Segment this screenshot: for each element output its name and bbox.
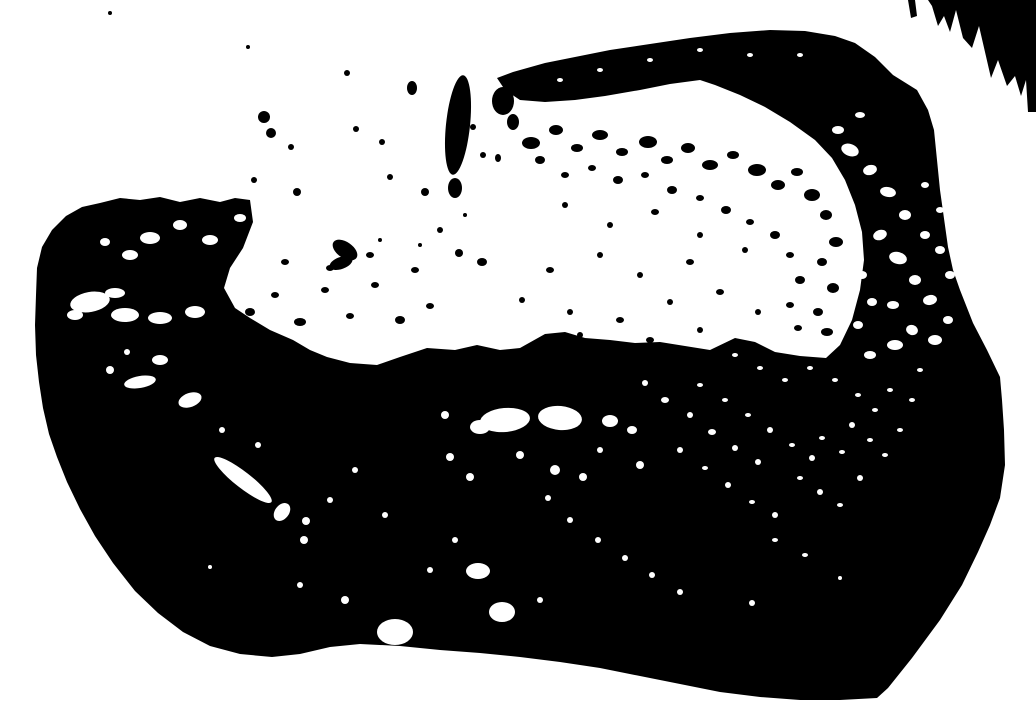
speckle: [722, 398, 728, 402]
speckle: [455, 249, 463, 257]
speckle: [592, 130, 608, 140]
speckle: [522, 137, 540, 149]
speckle: [411, 267, 419, 273]
speckle: [945, 271, 955, 279]
speckle: [813, 308, 823, 316]
speckle: [721, 206, 731, 214]
speckle: [326, 265, 334, 271]
speckle: [742, 247, 748, 253]
speckle: [819, 436, 825, 440]
speckle: [549, 125, 563, 135]
speckle: [855, 112, 865, 118]
speckle: [258, 111, 270, 123]
speckle: [867, 438, 873, 442]
speckle: [887, 388, 893, 392]
speckle: [111, 308, 139, 322]
speckle: [382, 512, 388, 518]
speckle: [616, 317, 624, 323]
speckle: [437, 227, 443, 233]
speckle: [708, 429, 716, 435]
speckle: [567, 517, 573, 523]
speckle: [341, 596, 349, 604]
speckle: [446, 453, 454, 461]
speckle: [832, 126, 844, 134]
speckle: [677, 447, 683, 453]
speckle: [732, 353, 738, 357]
speckle: [837, 503, 843, 507]
speckle: [702, 466, 708, 470]
speckle: [607, 222, 613, 228]
speckle: [173, 220, 187, 230]
speckle: [234, 214, 246, 222]
speckle: [516, 451, 524, 459]
speckle: [561, 172, 569, 178]
speckle: [597, 252, 603, 258]
rock-svg: [0, 0, 1036, 723]
speckle: [579, 473, 587, 481]
speckle: [466, 563, 490, 579]
speckle: [550, 465, 560, 475]
speckle: [686, 259, 694, 265]
speckle: [567, 309, 573, 315]
speckle: [108, 11, 112, 15]
speckle: [789, 443, 795, 447]
speckle: [489, 602, 515, 622]
speckle: [470, 124, 476, 130]
speckle: [840, 296, 850, 304]
speckle: [857, 475, 863, 481]
speckle: [639, 136, 657, 148]
speckle: [602, 415, 618, 427]
speckle: [807, 366, 813, 370]
speckle: [202, 235, 218, 245]
speckle: [755, 459, 761, 465]
speckle: [697, 48, 703, 52]
speckle: [266, 128, 276, 138]
speckle: [613, 176, 623, 184]
speckle: [251, 177, 257, 183]
speckle: [627, 426, 637, 434]
speckle: [441, 411, 449, 419]
speckle: [535, 156, 545, 164]
speckle: [817, 489, 823, 495]
speckle: [727, 151, 739, 159]
speckle: [452, 537, 458, 543]
speckle: [935, 246, 945, 254]
speckle: [646, 337, 654, 343]
speckle: [616, 148, 628, 156]
speckle: [697, 232, 703, 238]
speckle: [371, 282, 379, 288]
speckle: [637, 272, 643, 278]
speckle: [344, 70, 350, 76]
speckle: [470, 420, 490, 434]
speckle: [288, 144, 294, 150]
speckle: [771, 180, 785, 190]
speckle: [537, 597, 543, 603]
speckle: [749, 500, 755, 504]
speckle: [545, 495, 551, 501]
speckle: [463, 213, 467, 217]
speckle: [427, 567, 433, 573]
speckle: [917, 368, 923, 372]
speckle: [864, 351, 876, 359]
speckle: [732, 445, 738, 451]
speckle: [208, 565, 212, 569]
speckle: [302, 517, 310, 525]
speckle: [495, 154, 501, 162]
speckle: [562, 202, 568, 208]
speckle: [936, 207, 944, 213]
speckle: [661, 397, 669, 403]
speckle: [377, 619, 413, 645]
speckle: [772, 512, 778, 518]
speckle: [820, 210, 832, 220]
speckle: [395, 316, 405, 324]
speckle: [755, 309, 761, 315]
speckle: [872, 408, 878, 412]
speckle: [786, 302, 794, 308]
speckle: [681, 143, 695, 153]
speckle: [246, 45, 250, 49]
speckle: [100, 238, 110, 246]
speckle: [352, 467, 358, 473]
speckle: [899, 210, 911, 220]
speckle: [588, 165, 596, 171]
speckle: [745, 413, 751, 417]
speckle: [767, 427, 773, 433]
speckle: [353, 126, 359, 132]
speckle: [597, 447, 603, 453]
speckle: [245, 308, 255, 316]
speckle: [387, 174, 393, 180]
speckle: [122, 250, 138, 260]
speckle: [716, 289, 724, 295]
speckle: [770, 231, 780, 239]
speckle: [677, 589, 683, 595]
speckle: [726, 107, 734, 113]
speckle: [647, 58, 653, 62]
speckle: [124, 349, 130, 355]
speckle: [300, 536, 308, 544]
speckle: [838, 576, 842, 580]
speckle: [378, 238, 382, 242]
speckle: [786, 252, 794, 258]
speckle: [667, 186, 677, 194]
speckle: [771, 125, 779, 131]
speckle: [519, 297, 525, 303]
speckle: [346, 313, 354, 319]
speckle: [140, 232, 160, 244]
speckle: [687, 412, 693, 418]
speckle: [642, 380, 648, 386]
speckle: [749, 600, 755, 606]
speckle: [821, 328, 833, 336]
speckle: [857, 271, 867, 279]
binary-rock-photo: [0, 0, 1036, 723]
speckle: [466, 473, 474, 481]
speckle: [492, 87, 514, 115]
speckle: [255, 442, 261, 448]
speckle: [791, 168, 803, 176]
speckle: [106, 366, 114, 374]
speckle: [853, 321, 863, 329]
speckle: [597, 68, 603, 72]
speckle: [546, 267, 554, 273]
speckle: [667, 299, 673, 305]
speckle: [747, 53, 753, 57]
speckle: [651, 209, 659, 215]
speckle: [794, 325, 802, 331]
speckle: [817, 258, 827, 266]
speckle: [746, 219, 754, 225]
speckle: [327, 497, 333, 503]
speckle: [702, 160, 718, 170]
speckle: [219, 427, 225, 433]
speckle: [809, 455, 815, 461]
speckle: [666, 92, 674, 98]
speckle: [379, 139, 385, 145]
speckle: [366, 252, 374, 258]
speckle: [941, 157, 949, 163]
speckle: [832, 378, 838, 382]
speckle: [748, 164, 766, 176]
speckle: [725, 482, 731, 488]
speckle: [696, 195, 704, 201]
speckle: [271, 292, 279, 298]
speckle: [839, 450, 845, 454]
speckle: [636, 461, 644, 469]
speckle: [281, 259, 289, 265]
speckle: [595, 537, 601, 543]
speckle: [909, 398, 915, 402]
speckle: [697, 327, 703, 333]
speckle: [622, 555, 628, 561]
speckle: [921, 182, 929, 188]
speckle: [152, 355, 168, 365]
speckle: [829, 237, 843, 247]
speckle: [855, 393, 861, 397]
speckle: [882, 453, 888, 457]
speckle: [507, 114, 519, 130]
speckle: [757, 366, 763, 370]
speckle: [909, 275, 921, 285]
speckle: [887, 340, 903, 350]
speckle: [943, 316, 953, 324]
speckle: [797, 476, 803, 480]
speckle: [294, 318, 306, 326]
speckle: [802, 553, 808, 557]
speckle: [827, 283, 839, 293]
speckle: [867, 298, 877, 306]
speckle: [480, 152, 486, 158]
speckle: [649, 572, 655, 578]
speckle: [897, 428, 903, 432]
speckle: [297, 582, 303, 588]
speckle: [148, 312, 172, 324]
speckle: [407, 81, 417, 95]
speckle: [477, 258, 487, 266]
speckle: [293, 188, 301, 196]
speckle: [448, 178, 462, 198]
speckle: [782, 378, 788, 382]
speckle: [418, 243, 422, 247]
speckle: [772, 538, 778, 542]
speckle: [849, 422, 855, 428]
speckle: [928, 335, 942, 345]
speckle: [557, 78, 563, 82]
speckle: [920, 231, 930, 239]
speckle: [67, 310, 83, 320]
speckle: [661, 156, 673, 164]
speckle: [797, 53, 803, 57]
speckle: [185, 306, 205, 318]
speckle: [105, 288, 125, 298]
speckle: [426, 303, 434, 309]
speckle: [577, 332, 583, 338]
speckle: [421, 188, 429, 196]
speckle: [571, 144, 583, 152]
speckle: [697, 383, 703, 387]
speckle: [804, 189, 820, 201]
speckle: [887, 301, 899, 309]
speckle: [321, 287, 329, 293]
speckle: [641, 172, 649, 178]
speckle: [795, 276, 805, 284]
